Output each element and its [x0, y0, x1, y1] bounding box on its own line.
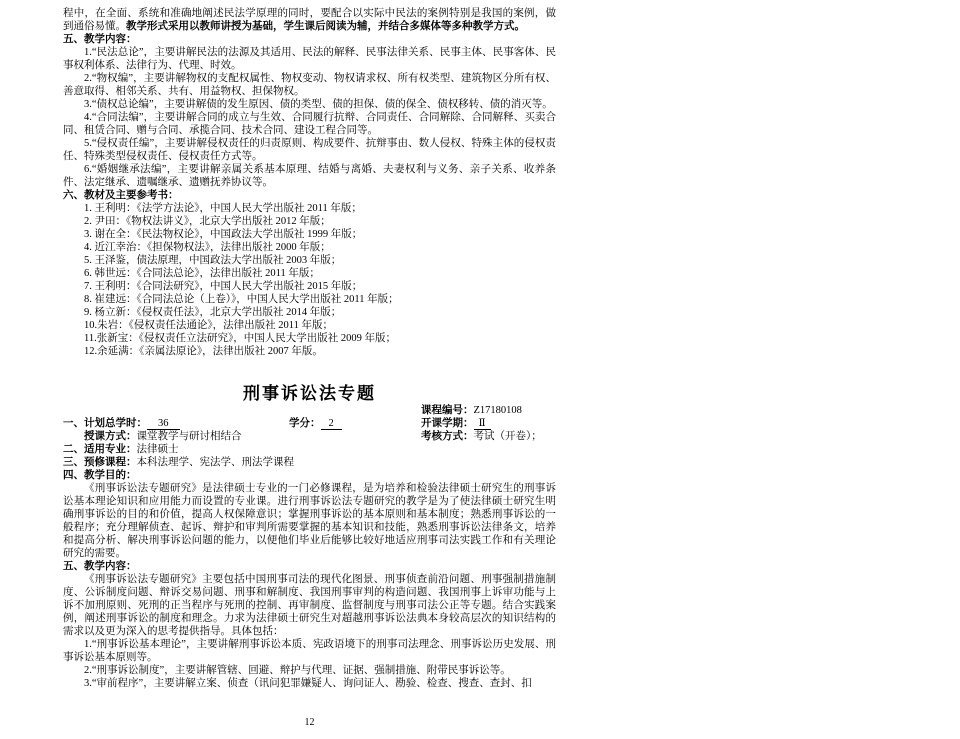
major-row: 二、适用专业：法律硕士 — [63, 443, 556, 456]
form-row-method-assessment: 授课方式：课堂教学与研讨相结合 考核方式：考试（开卷）； — [63, 430, 556, 443]
assessment-label: 考核方式： — [421, 431, 474, 442]
course-code-field: 课程编号：Z17180108 — [421, 404, 522, 417]
reference-book: 9. 杨立新：《侵权责任法》，北京大学出版社 2014 年版； — [63, 306, 556, 319]
assessment-field: 考核方式：考试（开卷）； — [421, 430, 542, 443]
total-hours-value: 36 — [147, 418, 180, 430]
civil-content-item: 2.“物权编”，主要讲解物权的支配权属性、物权变动、物权请求权、所有权类型、建筑… — [63, 72, 556, 98]
continuation-paragraph: 程中，在全面、系统和准确地阐述民法学原理的同时，要配合以实际中民法的案例特别是我… — [63, 7, 556, 33]
teaching-method-value: 课堂教学与研讨相结合 — [137, 431, 242, 442]
reference-book: 8. 崔建远：《合同法总论（上卷）》，中国人民大学出版社 2011 年版； — [63, 293, 556, 306]
semester-label: 开课学期： — [421, 418, 474, 429]
civil-content-item: 1.“民法总论”，主要讲解民法的法源及其适用、民法的解释、民事法律关系、民事主体… — [63, 46, 556, 72]
course-title: 刑事诉讼法专题 — [63, 384, 556, 404]
civil-content-header: 五、教学内容： — [63, 33, 556, 46]
civil-content-item: 3.“债权总论编”，主要讲解债的发生原因、债的类型、债的担保、债的保全、债权移转… — [63, 98, 556, 111]
prereq-value: 本科法理学、宪法学、刑法学课程 — [137, 457, 295, 468]
semester-field: 开课学期：Ⅱ — [421, 417, 491, 430]
form-row-hours-credits-semester: 一、计划总学时：36 学分：2 开课学期：Ⅱ — [63, 417, 556, 430]
criminal-content-item: 3.“审前程序”，主要讲解立案、侦查（讯问犯罪嫌疑人、询问证人、勘验、检查、搜查… — [63, 677, 556, 690]
reference-book: 2. 尹田：《物权法讲义》，北京大学出版社 2012 年版； — [63, 215, 556, 228]
credits-field: 学分：2 — [289, 417, 342, 430]
reference-book: 5. 王泽鉴，债法原理，中国政法大学出版社 2003 年版； — [63, 254, 556, 267]
major-value: 法律硕士 — [137, 444, 179, 455]
reference-book: 4. 近江幸治：《担保物权法》，法律出版社 2000 年版； — [63, 241, 556, 254]
assessment-value: 考试（开卷）； — [474, 431, 542, 442]
prereq-label: 三、预修课程： — [63, 457, 137, 468]
document-body: 程中，在全面、系统和准确地阐述民法学原理的同时，要配合以实际中民法的案例特别是我… — [63, 7, 556, 690]
course-code-label: 课程编号： — [421, 405, 474, 416]
credits-label: 学分： — [289, 418, 321, 429]
continuation-emphasis-text: 教学形式采用以教师讲授为基础，学生课后阅读为辅，并结合多媒体等多种教学方式。 — [126, 21, 525, 32]
document-page: 程中，在全面、系统和准确地阐述民法学原理的同时，要配合以实际中民法的案例特别是我… — [0, 0, 960, 739]
credits-value: 2 — [321, 418, 342, 430]
reference-book: 3. 谢在全：《民法物权论》，中国政法大学出版社 1999 年版； — [63, 228, 556, 241]
course-code-row: 课程编号：Z17180108 — [63, 404, 556, 417]
total-hours-label: 一、计划总学时： — [63, 418, 147, 429]
reference-book: 12.余延满：《亲属法原论》，法律出版社 2007 年版。 — [63, 345, 556, 358]
purpose-paragraph: 《刑事诉讼法专题研究》是法律硕士专业的一门必修课程，是为培养和检验法律硕士研究生… — [63, 482, 556, 560]
prereq-row: 三、预修课程：本科法理学、宪法学、刑法学课程 — [63, 456, 556, 469]
major-label: 二、适用专业： — [63, 444, 137, 455]
civil-content-item: 5.“侵权责任编”，主要讲解侵权责任的归责原则、构成要件、抗辩事由、数人侵权、特… — [63, 137, 556, 163]
teaching-method-field: 授课方式：课堂教学与研讨相结合 — [63, 431, 242, 442]
reference-book: 1. 王利明：《法学方法论》，中国人民大学出版社 2011 年版； — [63, 202, 556, 215]
reference-book: 11.张新宝：《侵权责任立法研究》，中国人民大学出版社 2009 年版； — [63, 332, 556, 345]
semester-value: Ⅱ — [474, 418, 491, 430]
criminal-content-item: 1.“刑事诉讼基本理论”，主要讲解刑事诉讼本质、宪政语境下的刑事司法理念、刑事诉… — [63, 638, 556, 664]
civil-content-item: 6.“婚姻继承法编”，主要讲解亲属关系基本原理、结婚与离婚、夫妻权利与义务、亲子… — [63, 163, 556, 189]
reference-book: 7. 王利明：《合同法研究》，中国人民大学出版社 2015 年版； — [63, 280, 556, 293]
criminal-content-intro: 《刑事诉讼法专题研究》主要包括中国刑事司法的现代化图景、刑事侦查前沿问题、刑事强… — [63, 573, 556, 638]
civil-content-item: 4.“合同法编”，主要讲解合同的成立与生效、合同履行抗辩、合同责任、合同解除、合… — [63, 111, 556, 137]
civil-books-header: 六、教材及主要参考书： — [63, 189, 556, 202]
criminal-content-item: 2.“刑事诉讼制度”，主要讲解管辖、回避、辩护与代理、证据、强制措施、附带民事诉… — [63, 664, 556, 677]
page-number: 12 — [63, 717, 556, 729]
reference-book: 6. 韩世远：《合同法总论》，法律出版社 2011 年版； — [63, 267, 556, 280]
purpose-header: 四、教学目的： — [63, 469, 556, 482]
total-hours-field: 一、计划总学时：36 — [63, 418, 180, 430]
teaching-method-label: 授课方式： — [84, 431, 137, 442]
course-code-value: Z17180108 — [474, 405, 522, 416]
criminal-content-header: 五、教学内容： — [63, 560, 556, 573]
reference-book: 10.朱岩：《侵权责任法通论》，法律出版社 2011 年版； — [63, 319, 556, 332]
